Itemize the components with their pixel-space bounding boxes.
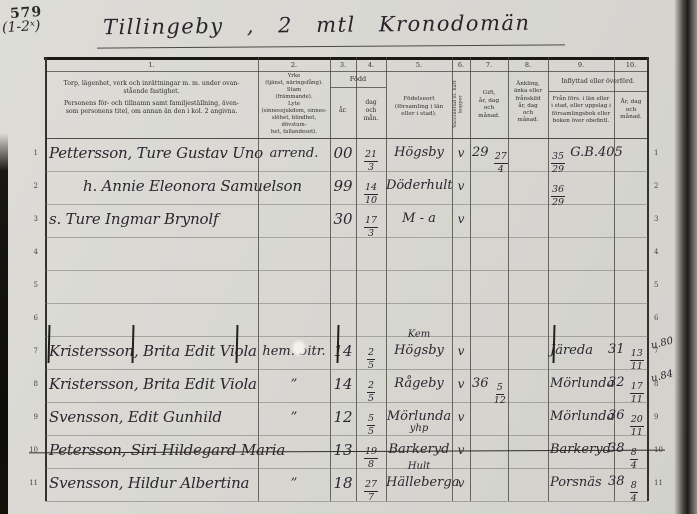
- cell-yrke: [258, 237, 330, 270]
- cell-vacc: v: [452, 138, 470, 171]
- cell-anka: [508, 171, 548, 204]
- table-row: h. Annie Eleonora Samuelson991410Döderhu…: [45, 171, 648, 204]
- row-number-left: 4: [22, 248, 38, 256]
- cell-gift: [470, 270, 508, 303]
- table-row: Kristersson, Brita Edit Viola”1425Rågeby…: [45, 369, 648, 402]
- table-row: [45, 237, 648, 270]
- cell-anka: [508, 270, 548, 303]
- cell-ar: 18: [330, 468, 356, 501]
- row-number-left: 11: [22, 479, 38, 487]
- cell-dag: 55: [356, 402, 386, 435]
- header-number-band-line: [45, 71, 648, 72]
- cell-ar: 14: [330, 336, 356, 369]
- col7-caption: Gift, år, dag och månad.: [471, 90, 507, 120]
- col3-caption: år.: [330, 107, 356, 115]
- row-number-left: 7: [22, 347, 38, 355]
- cell-gift: [470, 303, 508, 336]
- cell-vacc: v: [452, 369, 470, 402]
- row-number-right: 1: [654, 149, 670, 157]
- cell-datum: 38 84: [608, 468, 642, 501]
- cell-gift: [470, 237, 508, 270]
- cell-ort: [386, 270, 452, 303]
- row-number-right: 3: [654, 215, 670, 223]
- table-top-border: [44, 57, 649, 60]
- col4-caption: dag och mån.: [356, 99, 386, 122]
- birthplace-note-above: Kem: [386, 329, 452, 340]
- row-number-left: 6: [22, 314, 38, 322]
- cell-datum: 31 1311: [608, 336, 642, 369]
- cell-anka: [508, 138, 548, 171]
- table-row: Kristersson, Brita Edit Violahem. bitr.1…: [45, 336, 648, 369]
- table-row: [45, 270, 648, 303]
- cell-ort: Mörlundayhp: [386, 402, 452, 435]
- row-number-right: 8: [654, 380, 670, 388]
- cell-dag: [356, 270, 386, 303]
- cell-anka: [508, 402, 548, 435]
- col5-number: 5.: [386, 61, 452, 69]
- col2-number: 2.: [258, 61, 330, 69]
- cell-yrke: [258, 204, 330, 237]
- cell-anka: [508, 468, 548, 501]
- col10-number: 10.: [614, 61, 648, 69]
- book-binding-edge: [674, 0, 697, 514]
- cell-dag: 1410: [356, 171, 386, 204]
- document-page: 579 (1-2ˣ) Tillingeby , 2 mtl Kronodomän…: [0, 0, 697, 514]
- table-row: Pettersson, Ture Gustav Unoarrend.00213H…: [45, 138, 648, 171]
- cell-datum: 32 1711: [608, 369, 642, 402]
- col3-number: 3.: [330, 61, 356, 69]
- birthplace-note-below: yhp: [386, 423, 452, 434]
- cell-ar: [330, 270, 356, 303]
- cell-infl: [548, 303, 614, 336]
- cell-vacc: v: [452, 171, 470, 204]
- handwritten-fraction: 55: [367, 414, 375, 436]
- col6-number: 6.: [452, 61, 470, 69]
- cell-infl: [548, 204, 614, 237]
- row-number-right: 11: [654, 479, 670, 487]
- cell-infl: 3529 G.B.405: [548, 138, 614, 171]
- cell-infl: Mörlunda: [548, 369, 614, 402]
- cell-infl: [548, 270, 614, 303]
- cell-ar: 30: [330, 204, 356, 237]
- col9-number: 9.: [548, 61, 614, 69]
- cell-gift: [470, 402, 508, 435]
- table-row: [45, 303, 648, 336]
- row-number-left: 8: [22, 380, 38, 388]
- inflyttad-band-caption: Inflyttad eller överförd.: [549, 78, 647, 86]
- table-row: Svensson, Edit Gunhild”1255MörlundayhpvM…: [45, 402, 648, 435]
- cell-datum: [608, 270, 642, 303]
- cell-vacc: v: [452, 336, 470, 369]
- handwritten-fraction: 1311: [630, 349, 644, 371]
- cell-ar: [330, 237, 356, 270]
- cell-yrke: [258, 270, 330, 303]
- handwritten-fraction: 173: [364, 216, 378, 238]
- cell-dag: [356, 303, 386, 336]
- cell-anka: [508, 303, 548, 336]
- cell-infl: Barkeryd: [548, 435, 614, 468]
- cell-name: Svensson, Edit Gunhild: [45, 402, 258, 435]
- handwritten-fraction: 25: [367, 381, 375, 403]
- handwritten-fraction: 84: [630, 481, 638, 503]
- grid-line-row: [45, 501, 648, 502]
- cell-yrke: [258, 303, 330, 336]
- col9-caption: Från förs. i län eller i stad, eller upp…: [550, 96, 612, 125]
- cell-anka: [508, 237, 548, 270]
- cell-dag: 213: [356, 138, 386, 171]
- cell-ar: 14: [330, 369, 356, 402]
- row-number-left: 3: [22, 215, 38, 223]
- table-row: s. Ture Ingmar Brynolf30173M - av: [45, 204, 648, 237]
- inflyttad-band-line: [549, 91, 648, 92]
- cell-dag: 25: [356, 336, 386, 369]
- col7-number: 7.: [470, 61, 508, 69]
- row-number-left: 5: [22, 281, 38, 289]
- cell-name: [45, 237, 258, 270]
- cell-yrke: ”: [258, 369, 330, 402]
- cell-name: h. Annie Eleonora Samuelson: [45, 171, 258, 204]
- page-title: Tillingeby , 2 mtl Kronodomän: [103, 11, 531, 39]
- cell-ort: HögsbyKem: [386, 336, 452, 369]
- cell-infl: Mörlunda: [548, 402, 614, 435]
- col6-caption-vertical: Vaccinerad el. haft koppor: [453, 73, 469, 136]
- cell-infl: [548, 237, 614, 270]
- handwritten-fraction: 84: [630, 448, 638, 470]
- table-row: Svensson, Hildur Albertina”18277Hälleber…: [45, 468, 648, 501]
- cell-name: s. Ture Ingmar Brynolf: [45, 204, 258, 237]
- cell-name: Kristersson, Brita Edit Viola: [45, 336, 258, 369]
- cell-vacc: [452, 303, 470, 336]
- cell-name: [45, 270, 258, 303]
- col8-caption: Änkling, änka eller frånskild år, dag oc…: [509, 81, 547, 125]
- col5-caption: Födelseort (församling i län eller i sta…: [387, 96, 451, 119]
- row-number-right: 5: [654, 281, 670, 289]
- cell-ort: [386, 237, 452, 270]
- col1-number: 1.: [45, 61, 258, 69]
- col4-number: 4.: [356, 61, 386, 69]
- row-number-right: 10: [654, 446, 670, 454]
- row-number-right: 9: [654, 413, 670, 421]
- row-number-right: 4: [654, 248, 670, 256]
- col2-caption: Yrke (tjänst, näringsfång). Stam (främma…: [259, 73, 329, 136]
- cell-gift: [470, 171, 508, 204]
- birthplace-note-above: Hult: [386, 461, 452, 472]
- cell-datum: [608, 303, 642, 336]
- cell-gift: [470, 336, 508, 369]
- cell-datum: [608, 171, 642, 204]
- cell-anka: [508, 369, 548, 402]
- cell-name: Kristersson, Brita Edit Viola: [45, 369, 258, 402]
- handwritten-fraction: 1410: [364, 183, 378, 205]
- cell-datum: 38 84: [608, 435, 642, 468]
- cell-yrke: [258, 171, 330, 204]
- cell-name: Pettersson, Ture Gustav Uno: [45, 138, 258, 171]
- cell-ar: 12: [330, 402, 356, 435]
- row-number-right: 2: [654, 182, 670, 190]
- row-number-right: 7: [654, 347, 670, 355]
- col10-caption: År, dag och månad.: [615, 99, 647, 122]
- cell-infl: Järeda: [548, 336, 614, 369]
- cell-ar: 99: [330, 171, 356, 204]
- cell-datum: [608, 237, 642, 270]
- row-number-left: 9: [22, 413, 38, 421]
- fodd-band-line: [330, 87, 386, 88]
- cell-dag: 173: [356, 204, 386, 237]
- cell-infl: 3629: [548, 171, 614, 204]
- page-number-note: (1-2ˣ): [2, 18, 41, 36]
- cell-ort: Högsby: [386, 138, 452, 171]
- cell-ort: Rågeby: [386, 369, 452, 402]
- cell-gift: [470, 468, 508, 501]
- scan-damage-spot: [291, 339, 307, 357]
- cell-vacc: v: [452, 402, 470, 435]
- cell-infl: Porsnäs: [548, 468, 614, 501]
- cell-vacc: v: [452, 468, 470, 501]
- handwritten-fraction: 277: [364, 480, 378, 502]
- cell-vacc: v: [452, 204, 470, 237]
- cell-name: Svensson, Hildur Albertina: [45, 468, 258, 501]
- cell-yrke: ”: [258, 402, 330, 435]
- row-number-left: 2: [22, 182, 38, 190]
- handwritten-fraction: 25: [367, 348, 375, 370]
- cell-dag: [356, 237, 386, 270]
- cell-vacc: [452, 237, 470, 270]
- cell-yrke: ”: [258, 468, 330, 501]
- cell-name: [45, 303, 258, 336]
- cell-datum: [608, 138, 642, 171]
- title-underline: [97, 44, 565, 48]
- handwritten-fraction: 2011: [630, 415, 644, 437]
- cell-dag: 25: [356, 369, 386, 402]
- cell-dag: 277: [356, 468, 386, 501]
- col1-caption-line2: Personens för- och tillnamn samt familje…: [50, 100, 253, 116]
- cell-anka: [508, 204, 548, 237]
- handwritten-fraction: 1711: [630, 382, 644, 404]
- cell-ort: HällebergaHult: [386, 468, 452, 501]
- cell-anka: [508, 336, 548, 369]
- cell-gift: 29 274: [470, 138, 508, 171]
- cell-gift: [470, 204, 508, 237]
- row-number-left: 1: [22, 149, 38, 157]
- table-row: Petersson, Siri Hildegard Maria13198Bark…: [45, 435, 648, 468]
- row-number-right: 6: [654, 314, 670, 322]
- cell-ar: 00: [330, 138, 356, 171]
- handwritten-fraction: 213: [364, 150, 378, 172]
- table-rows: Pettersson, Ture Gustav Unoarrend.00213H…: [45, 138, 648, 501]
- cell-ort: Döderhult: [386, 171, 452, 204]
- cell-yrke: arrend.: [258, 138, 330, 171]
- cell-datum: [608, 204, 642, 237]
- cell-gift: 36 512: [470, 369, 508, 402]
- fodd-band-caption: Född: [330, 75, 386, 83]
- cell-vacc: [452, 270, 470, 303]
- cell-ar: [330, 303, 356, 336]
- page-left-edge-shadow: [0, 133, 8, 514]
- cell-ort: M - a: [386, 204, 452, 237]
- col1-caption-line1: Torp, lägenhet, verk och inrättningar m.…: [50, 80, 253, 96]
- col8-number: 8.: [508, 61, 548, 69]
- cell-datum: 36 2011: [608, 402, 642, 435]
